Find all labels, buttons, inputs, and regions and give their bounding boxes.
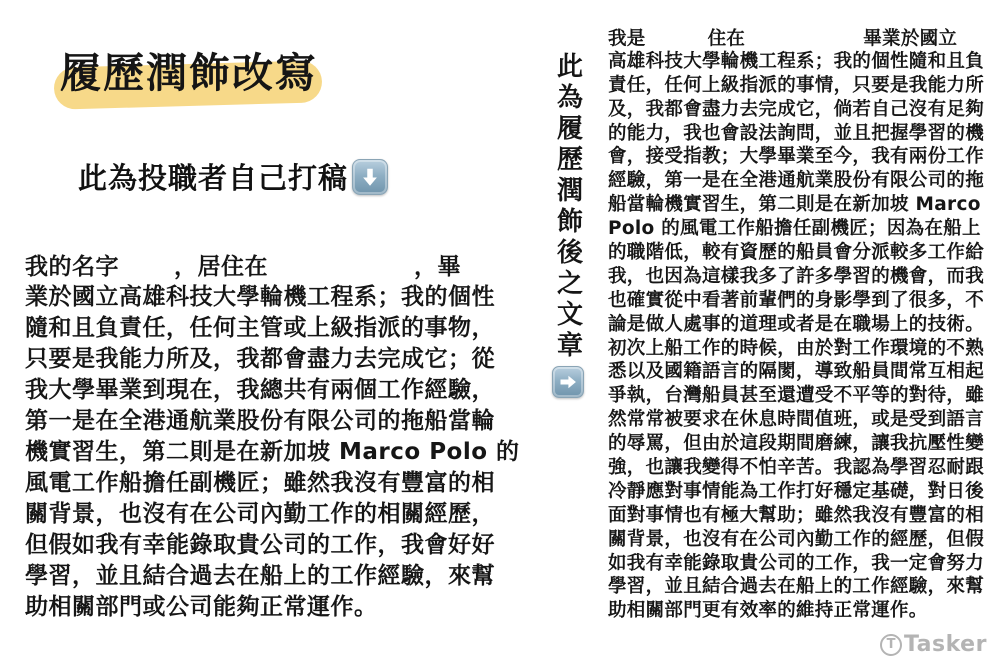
polished-article-line: 面對事情也有極大幫助；雖然我沒有豐富的相 (608, 504, 996, 528)
redacted-address (268, 251, 414, 274)
polished-article-caption: 此為履歷潤飾後之文章 (548, 52, 588, 398)
polished-article-line: 我，也因為這樣我多了許多學習的機會，而我 (608, 265, 996, 289)
polished-article-line: 高雄科技大學輪機工程系；我的個性隨和且負 (608, 50, 996, 74)
down-arrow-icon (352, 159, 388, 195)
polished-article-line: 的辱罵，但由於這段期間磨練，讓我抗壓性變 (608, 432, 996, 456)
polished-article-line: 的職階低，較有資歷的船員會分派較多工作給 (608, 241, 996, 265)
polished-article-line: 經驗，第一是在全港通航業股份有限公司的拖 (608, 169, 996, 193)
original-draft-line-redacted: 我的名字，居住在，畢 (25, 251, 525, 282)
polished-article-line: 悉以及國籍語言的隔閡，導致船員間常互相起 (608, 360, 996, 384)
original-draft-line: 我大學畢業到現在，我總共有兩個工作經驗， (25, 375, 525, 406)
polished-article-line: 也確實從中看著前輩們的身影學到了很多，不 (608, 289, 996, 313)
left-column-caption-text: 此為投職者自己打稿 (78, 156, 348, 197)
polished-article-line: 助相關部門更有效率的維持正常運作。 (608, 599, 996, 623)
redacted-name (119, 251, 174, 274)
polished-article-line: 然常常被要求在休息時間值班，或是受到語言 (608, 408, 996, 432)
polished-article-caption-text: 此為履歷潤飾後之文章 (550, 52, 587, 362)
polished-article-line: 如我有幸能錄取貴公司的工作，我一定會努力 (608, 552, 996, 576)
watermark: T Tasker (880, 632, 987, 657)
polished-article-line: 學習，並且結合過去在船上的工作經驗，來幫 (608, 575, 996, 599)
polished-article-line: 初次上船工作的時候，由於對工作環境的不熟 (608, 337, 996, 361)
polished-article-line-redacted: 我是住在畢業於國立 (608, 26, 996, 50)
original-draft-line: 第一是在全港通航業股份有限公司的拖船當輪 (25, 406, 525, 437)
original-draft-line: 只要是我能力所及，我都會盡力去完成它；從 (25, 344, 525, 375)
polished-article-line: 強，也讓我變得不怕辛苦。我認為學習忍耐跟 (608, 456, 996, 480)
page-title-block: 履歷潤飾改寫 (60, 40, 318, 99)
original-draft-line: 學習，並且結合過去在船上的工作經驗，來幫 (25, 561, 525, 592)
original-draft-paragraph: 我的名字，居住在，畢 業於國立高雄科技大學輪機工程系；我的個性 隨和且負責任，任… (25, 251, 525, 623)
original-draft-line1-seg1: 我的名字 (25, 254, 119, 280)
watermark-brand-text: Tasker (904, 632, 987, 657)
left-column-caption: 此為投職者自己打稿 (78, 156, 388, 197)
original-draft-line1-seg2: ，居住在 (174, 254, 268, 280)
original-draft-line: 隨和且負責任，任何主管或上級指派的事物， (25, 313, 525, 344)
original-draft-line: 但假如我有幸能錄取貴公司的工作，我會好好 (25, 530, 525, 561)
polished-article-line: 會，接受指教；大學畢業至今，我有兩份工作 (608, 145, 996, 169)
polished-article-line: 船當輪機實習生，第二則是在新加坡 Marco (608, 193, 996, 217)
polished-article-paragraph: 我是住在畢業於國立 高雄科技大學輪機工程系；我的個性隨和且負 責任，任何上級指派… (608, 26, 996, 623)
redacted-name (646, 26, 708, 45)
document-page: 履歷潤飾改寫 此為投職者自己打稿 我的名字，居住在，畢 業於國立高雄科技大學輪機… (0, 0, 1000, 667)
polished-article-line: 及，我都會盡力去完成它，倘若自己沒有足夠 (608, 98, 996, 122)
polished-article-line: 爭執，台灣船員甚至還遭受不平等的對待，雖 (608, 384, 996, 408)
page-title: 履歷潤飾改寫 (60, 40, 318, 99)
polished-line1-seg2: 住在 (708, 29, 746, 50)
polished-article-line: 冷靜應對事情能為工作打好穩定基礎，對日後 (608, 480, 996, 504)
original-draft-line1-seg3: ，畢 (414, 254, 461, 280)
polished-line1-seg3: 畢業於國立 (863, 29, 957, 50)
polished-article-line: 關背景，也沒有在公司內勤工作的經歷，但假 (608, 528, 996, 552)
original-draft-line: 業於國立高雄科技大學輪機工程系；我的個性 (25, 282, 525, 313)
redacted-address (745, 26, 863, 45)
polished-article-line: Polo 的風電工作船擔任副機匠；因為在船上 (608, 217, 996, 241)
polished-article-line: 的能力，我也會設法詢問，並且把握學習的機 (608, 122, 996, 146)
polished-line1-seg1: 我是 (608, 29, 646, 50)
original-draft-line: 風電工作船擔任副機匠；雖然我沒有豐富的相 (25, 468, 525, 499)
original-draft-line: 助相關部門或公司能夠正常運作。 (25, 592, 525, 623)
tasker-logo-icon: T (880, 634, 902, 656)
polished-article-line: 論是做人處事的道理或者是在職場上的技術。 (608, 313, 996, 337)
original-draft-line: 關背景，也沒有在公司內勤工作的相關經歷， (25, 499, 525, 530)
polished-article-line: 責任，任何上級指派的事情，只要是我能力所 (608, 74, 996, 98)
right-arrow-icon (552, 366, 584, 398)
original-draft-line: 機實習生，第二則是在新加坡 Marco Polo 的 (25, 437, 525, 468)
